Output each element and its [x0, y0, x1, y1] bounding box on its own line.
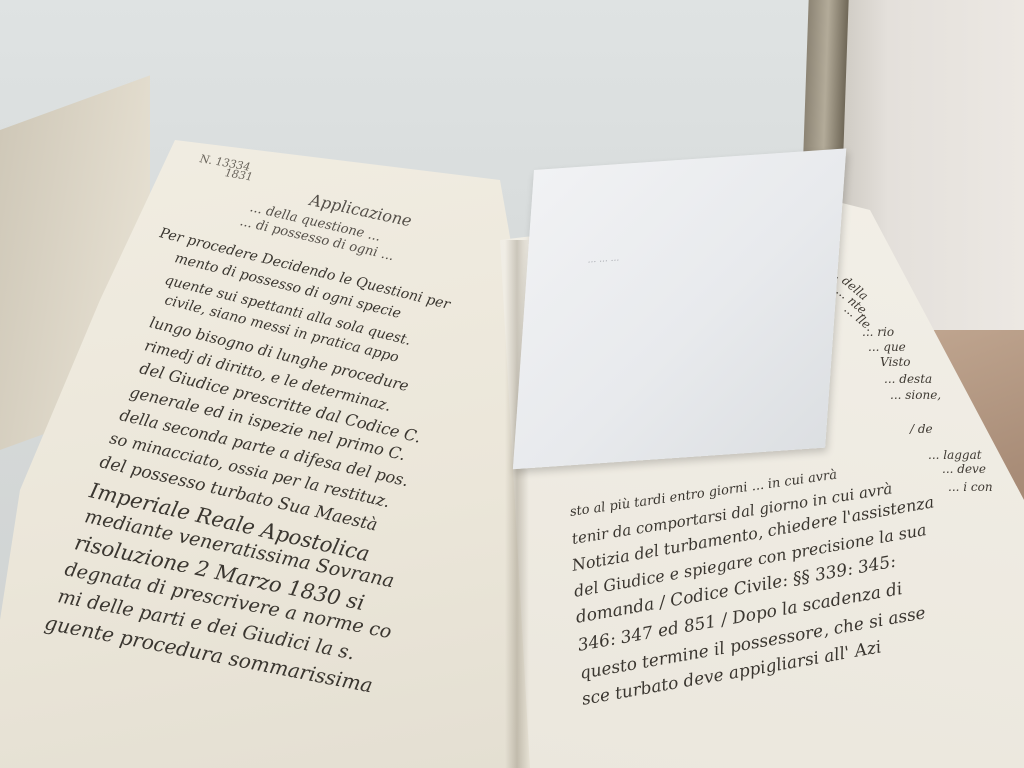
- margin-text: ... laggat: [928, 448, 982, 462]
- margin-text: ... i con: [948, 480, 993, 494]
- margin-text: ... rio: [862, 325, 894, 339]
- margin-text: Visto: [880, 355, 911, 369]
- margin-text: ... deve: [942, 462, 986, 476]
- margin-text: ... sione,: [890, 388, 941, 402]
- margin-text: ... desta: [884, 372, 932, 386]
- paper-slip-faint-text: ... ... ...: [587, 253, 619, 265]
- margin-text: / de: [910, 422, 933, 436]
- blank-paper-slip: ... ... ...: [513, 148, 846, 469]
- margin-text: ... que: [868, 340, 906, 354]
